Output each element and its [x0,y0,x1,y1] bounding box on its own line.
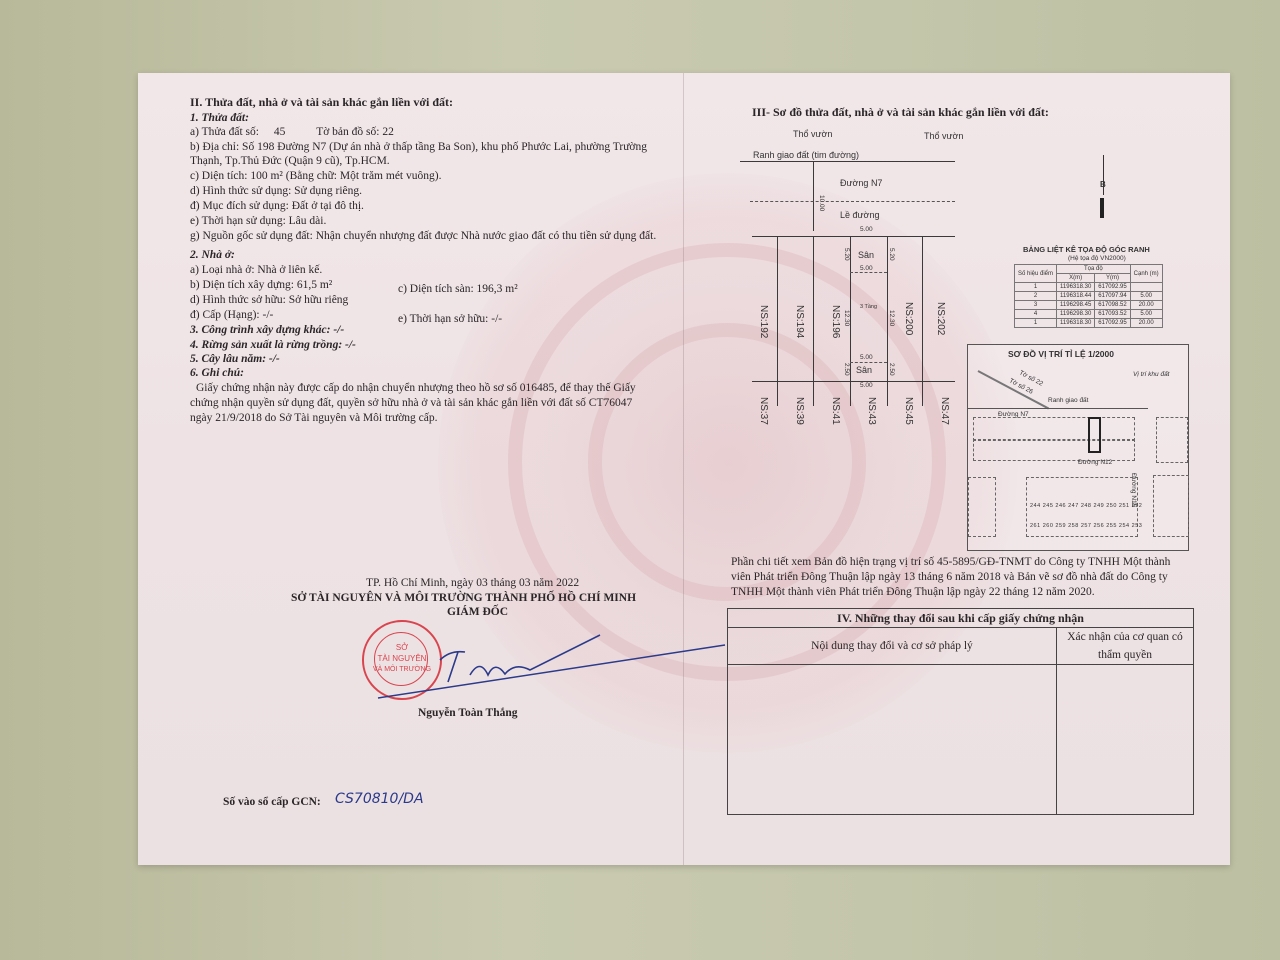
north-arrow-icon [1103,155,1104,195]
back-yard-depth: 2.50 [843,363,850,376]
subject-parcel-marker [1088,417,1101,453]
bottom-width: 5.00 [860,382,873,389]
address-line1: b) Địa chỉ: Số 198 Đường N7 (Dự án nhà ở… [190,140,647,154]
lot-row: 244 245 246 247 248 249 250 251 252 [1030,503,1142,509]
lot-row: 261 260 259 258 257 256 255 254 253 [1030,523,1142,529]
notes-line3: ngày 21/9/2018 do Sở Tài nguyên và Môi t… [190,411,438,425]
parcel-label: a) Thửa đất số: [190,126,259,138]
house-type: a) Loại nhà ở: Nhà ở liên kế. [190,263,322,277]
house-floors-label: 3 Tầng [860,304,877,310]
table-row: 21196318.44617097.945.00 [1015,292,1163,301]
table-row: 31196298.45617098.5220.00 [1015,301,1163,310]
reference-line1: Phần chi tiết xem Bản đồ hiện trạng vị t… [731,555,1170,569]
map-sheet-value: 22 [382,126,394,138]
house-heading: 2. Nhà ở: [190,248,235,262]
garden-left-label: Thổ vườn [793,129,832,139]
neighbor-lot: NS:194 [794,305,805,338]
changes-table: IV. Những thay đổi sau khi cấp giấy chứn… [727,608,1194,815]
map-sheet-label: Tờ bản đồ số: [316,126,379,138]
build-area: b) Diện tích xây dựng: 61,5 m² [190,278,332,292]
neighbor-lot: NS:41 [830,397,841,425]
front-yard-label: Sân [858,250,874,260]
location-map: SƠ ĐỒ VỊ TRÍ TỈ LỆ 1/2000 Tờ số 22 Tờ số… [967,344,1189,551]
table-row: 41196298.30617093.525.00 [1015,310,1163,319]
table-row: 11196318.30617092.95 [1015,283,1163,292]
land-area: c) Diện tích: 100 m² (Bằng chữ: Một trăm… [190,169,441,183]
house-grade: đ) Cấp (Hạng): -/- [190,308,273,322]
signature-stroke [370,630,730,710]
sidewalk-label: Lề đường [840,210,879,220]
notes-heading: 6. Ghi chú: [190,366,244,380]
neighbor-lot: NS:47 [939,397,950,425]
subject-lot: NS:43 [866,397,877,425]
reference-line2: viên Phát triển Đông Thuận lập ngày 13 t… [731,570,1168,584]
perennial-trees: 5. Cây lâu năm: -/- [190,352,280,366]
director-title: GIÁM ĐỐC [447,605,508,619]
neighbor-lot: NS:202 [935,302,946,335]
changes-col-content: Nội dung thay đổi và cơ sở pháp lý [728,628,1057,664]
ownership-term: e) Thời hạn sở hữu: -/- [398,312,502,326]
north-label: B [1100,180,1106,189]
changes-table-title: IV. Những thay đổi sau khi cấp giấy chứn… [728,609,1193,628]
parcel-value: 45 [274,126,286,138]
address-line2: Thạnh, Tp.Thủ Đức (Quận 9 cũ), Tp.HCM. [190,154,390,168]
issue-date: TP. Hồ Chí Minh, ngày 03 tháng 03 năm 20… [366,576,579,590]
changes-col-confirmation: Xác nhận của cơ quan có thẩm quyền [1057,628,1193,664]
location-map-title: SƠ ĐỒ VỊ TRÍ TỈ LỆ 1/2000 [1008,349,1114,359]
back-yard-depth-right: 2.50 [888,363,895,376]
land-origin: g) Nguồn gốc sử dụng đất: Nhận chuyển nh… [190,229,656,243]
coord-table-subtitle: (Hệ tọa độ VN2000) [1068,255,1126,262]
section-ii-title: II. Thửa đất, nhà ở và tài sản khác gắn … [190,95,453,109]
forest: 4. Rừng sản xuất là rừng trồng: -/- [190,338,356,352]
registry-value: CS70810/DA [335,791,424,807]
changes-content-cell [728,665,1057,814]
usage-term: e) Thời hạn sử dụng: Lâu dài. [190,214,326,228]
usage-form: d) Hình thức sử dụng: Sử dụng riêng. [190,184,362,198]
neighbor-lot: NS:37 [758,397,769,425]
registry-label: Số vào sổ cấp GCN: [223,795,321,809]
back-yard-label: Sân [856,365,872,375]
table-row: 11196318.30617092.9520.00 [1015,319,1163,328]
issuing-agency: SỞ TÀI NGUYÊN VÀ MÔI TRƯỜNG THÀNH PHỐ HỒ… [291,591,636,605]
back-width: 5.00 [860,354,873,361]
road-width: 10.00 [818,195,825,211]
road-label: Đường N7 [840,178,882,188]
coord-table-title: BẢNG LIỆT KÊ TỌA ĐỘ GÓC RANH [1023,245,1150,254]
land-heading: 1. Thửa đất: [190,111,249,125]
neighbor-lot: NS:45 [903,397,914,425]
section-iii-title: III- Sơ đồ thửa đất, nhà ở và tài sản kh… [752,105,1049,119]
ownership-form: d) Hình thức sở hữu: Sở hữu riêng [190,293,348,307]
house-width: 5.00 [860,265,873,272]
front-yard-depth-right: 5.20 [888,248,895,261]
neighbor-lot: NS:200 [903,302,914,335]
notes-line1: Giấy chứng nhận này được cấp do nhận chu… [196,381,636,395]
signer-name: Nguyễn Toàn Thắng [418,706,518,720]
top-width: 5.00 [860,226,873,233]
boundary-label: Ranh giao đất (tim đường) [753,150,859,160]
usage-purpose: đ) Mục đích sử dụng: Đất ở tại đô thị. [190,199,364,213]
parcel-number: a) Thửa đất số: 45 Tờ bản đồ số: 22 [190,125,394,139]
notes-line2: chứng nhận quyền sử dụng đất, quyền sở h… [190,396,632,410]
reference-line3: TNHH Một thành viên Phát triển Đông Thuậ… [731,585,1095,599]
house-depth-right: 12.30 [888,310,895,326]
north-arrow-tail-icon [1100,198,1104,218]
neighbor-lot: NS:39 [794,397,805,425]
garden-right-label: Thổ vườn [924,131,963,141]
front-yard-depth: 5.20 [843,248,850,261]
other-construction: 3. Công trình xây dựng khác: -/- [190,323,344,337]
neighbor-lot: NS:192 [758,305,769,338]
neighbor-lot: NS:196 [830,305,841,338]
house-depth: 12.30 [843,310,850,326]
coordinates-table: Số hiệu điểm Tọa độ Cạnh (m) X(m) Y(m) 1… [1014,264,1163,328]
floor-area: c) Diện tích sàn: 196,3 m² [398,282,518,296]
